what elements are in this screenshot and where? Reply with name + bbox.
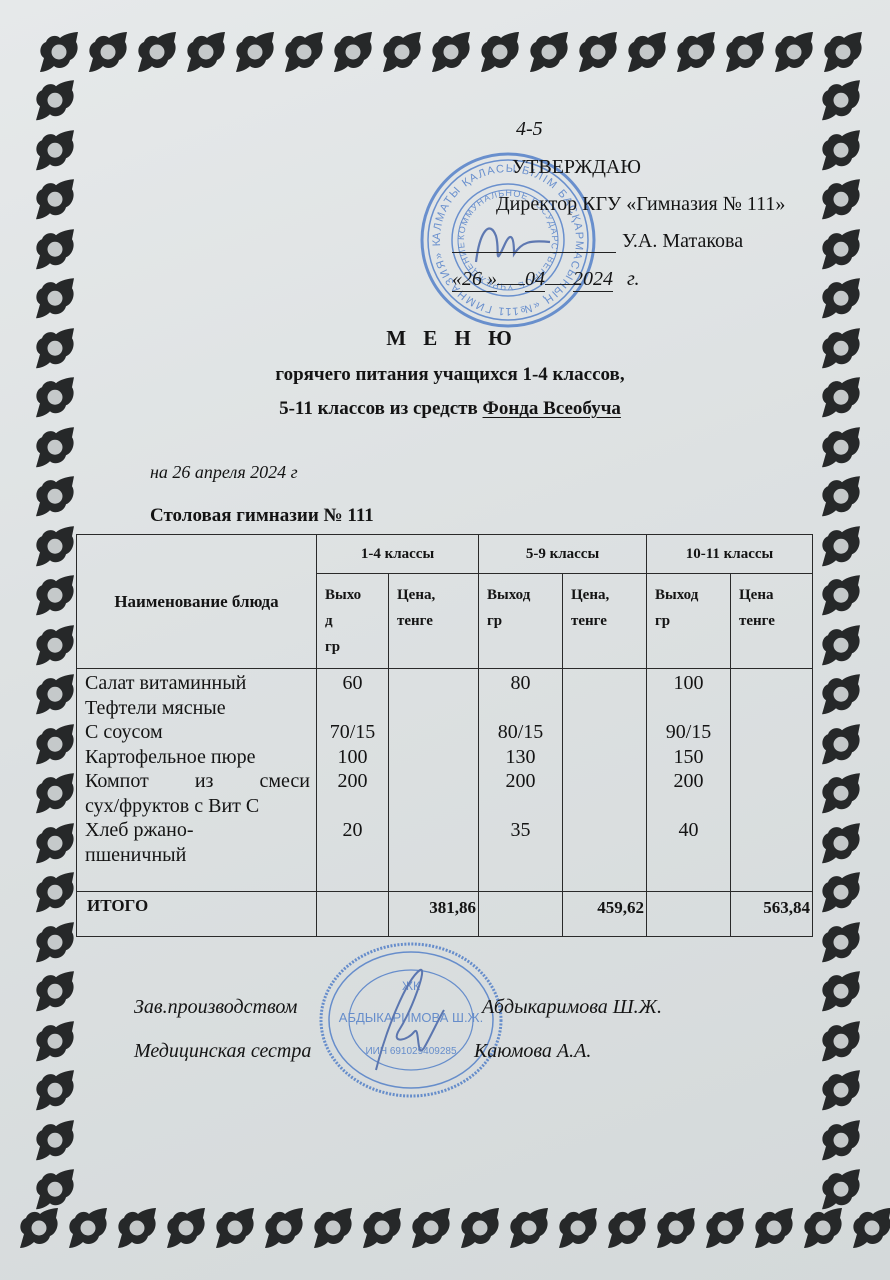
ornament-icon — [816, 967, 864, 1016]
price-cell — [563, 669, 647, 892]
director-name: У.А. Матакова — [622, 230, 743, 253]
ornament-icon — [30, 621, 78, 670]
ornament-icon — [30, 868, 78, 917]
ornament-icon — [816, 522, 864, 571]
ornament-icon — [230, 28, 278, 76]
nurse-name: Каюмова А.А. — [474, 1040, 591, 1063]
ornament-border-right — [816, 76, 864, 1214]
table-row: Салат витаминный Тефтели мясные С соусом… — [77, 669, 813, 892]
ornament-icon — [30, 522, 78, 571]
menu-subtitle-line2: 5-11 классов из средств Фонда Всеобуча — [0, 398, 890, 420]
ornament-icon — [818, 28, 866, 76]
ornament-icon — [30, 76, 78, 125]
fund-name: Фонда Всеобуча — [483, 398, 621, 419]
group-header-1-4: 1-4 классы — [317, 535, 479, 574]
ornament-icon — [816, 621, 864, 670]
yield-value: 100 — [317, 745, 388, 770]
yield-cell: 60 70/15100200 20 — [317, 669, 389, 892]
yield-value — [317, 696, 388, 721]
ornament-icon — [30, 472, 78, 521]
ornament-icon — [602, 1204, 650, 1252]
menu-date: на 26 апреля 2024 г — [150, 462, 298, 483]
ornament-icon — [30, 225, 78, 274]
total-label: ИТОГО — [77, 892, 317, 937]
ornament-icon — [816, 175, 864, 224]
price-cell — [389, 669, 479, 892]
group-header-5-9: 5-9 классы — [479, 535, 647, 574]
ornament-icon — [83, 28, 131, 76]
dish-line: пшеничный — [85, 843, 310, 868]
ornament-icon — [30, 175, 78, 224]
ornament-border-bottom — [14, 1204, 890, 1252]
yield-value: 20 — [317, 818, 388, 843]
yield-header: Выходгр — [479, 574, 563, 669]
ornament-icon — [30, 1066, 78, 1115]
ornament-icon — [377, 28, 425, 76]
page-number: 4-5 — [516, 118, 543, 141]
ornament-icon — [30, 819, 78, 868]
total-1-4: 381,86 — [389, 892, 479, 937]
approve-date-suffix: г. — [627, 268, 640, 291]
approve-date-month: 04 — [525, 268, 545, 292]
dish-line: Хлеб ржано- — [85, 818, 310, 843]
ornament-icon — [816, 670, 864, 719]
ornament-icon — [328, 28, 376, 76]
canteen-name: Столовая гимназии № 111 — [150, 505, 374, 527]
yield-header: Выходгр — [317, 574, 389, 669]
yield-value — [479, 794, 562, 819]
ornament-icon — [816, 769, 864, 818]
yield-value: 90/15 — [647, 720, 730, 745]
yield-value: 40 — [647, 818, 730, 843]
dish-line-justified: Компотизсмеси — [85, 769, 310, 794]
ornament-icon — [161, 1204, 209, 1252]
ornament-icon — [816, 1066, 864, 1115]
svg-text:АБДЫКАРИМОВА Ш.Ж.: АБДЫКАРИМОВА Ш.Ж. — [339, 1010, 483, 1025]
total-empty-cell — [479, 892, 563, 937]
ornament-icon — [816, 1017, 864, 1066]
nurse-role: Медицинская сестра — [134, 1040, 311, 1063]
yield-value: 150 — [647, 745, 730, 770]
dish-list-cell: Салат витаминный Тефтели мясные С соусом… — [77, 669, 317, 892]
yield-value — [479, 696, 562, 721]
ornament-icon — [30, 1165, 78, 1214]
dish-name-header: Наименование блюда — [77, 535, 317, 669]
ornament-icon — [816, 720, 864, 769]
ornament-icon — [769, 28, 817, 76]
ornament-icon — [651, 1204, 699, 1252]
yield-value: 70/15 — [317, 720, 388, 745]
yield-value — [317, 794, 388, 819]
ornament-icon — [475, 28, 523, 76]
ornament-icon — [357, 1204, 405, 1252]
ornament-icon — [259, 1204, 307, 1252]
ornament-icon — [30, 1017, 78, 1066]
dish-line: Картофельное пюре — [85, 745, 310, 770]
ornament-icon — [816, 423, 864, 472]
yield-value — [647, 794, 730, 819]
ornament-icon — [816, 225, 864, 274]
dish-line: сух/фруктов с Вит С — [85, 794, 310, 819]
yield-cell: 100 90/15150200 40 — [647, 669, 731, 892]
ornament-icon — [553, 1204, 601, 1252]
ornament-icon — [279, 28, 327, 76]
approve-date: «26 »042024г. — [452, 268, 640, 292]
ornament-icon — [455, 1204, 503, 1252]
total-10-11: 563,84 — [731, 892, 813, 937]
ornament-icon — [573, 28, 621, 76]
approve-date-day: «26 » — [452, 268, 497, 292]
yield-value: 35 — [479, 818, 562, 843]
ornament-icon — [524, 28, 572, 76]
svg-text:ЖК: ЖК — [402, 979, 420, 993]
ornament-icon — [671, 28, 719, 76]
yield-value: 200 — [647, 769, 730, 794]
ornament-icon — [816, 126, 864, 175]
ornament-icon — [720, 28, 768, 76]
yield-value — [647, 696, 730, 721]
menu-title: М Е Н Ю — [0, 326, 890, 351]
ornament-icon — [30, 967, 78, 1016]
dish-line: Тефтели мясные — [85, 696, 310, 721]
ornament-icon — [622, 28, 670, 76]
ornament-icon — [30, 571, 78, 620]
ornament-icon — [749, 1204, 797, 1252]
price-header: Ценатенге — [731, 574, 813, 669]
yield-value: 80 — [479, 671, 562, 696]
ornament-icon — [816, 76, 864, 125]
ornament-border-top — [34, 28, 866, 76]
director-title: Директор КГУ «Гимназия № 111» — [496, 193, 785, 216]
price-cell — [731, 669, 813, 892]
ornament-icon — [700, 1204, 748, 1252]
ornament-icon — [34, 28, 82, 76]
yield-value: 200 — [317, 769, 388, 794]
signature-line — [452, 252, 616, 253]
ornament-icon — [30, 126, 78, 175]
ornament-icon — [816, 274, 864, 323]
yield-value: 200 — [479, 769, 562, 794]
ornament-icon — [30, 1116, 78, 1165]
total-empty-cell — [647, 892, 731, 937]
yield-value: 130 — [479, 745, 562, 770]
total-empty-cell — [317, 892, 389, 937]
dish-line: Салат витаминный — [85, 671, 310, 696]
ornament-icon — [30, 769, 78, 818]
ornament-icon — [210, 1204, 258, 1252]
approve-label: УТВЕРЖДАЮ — [512, 156, 641, 179]
ornament-icon — [30, 423, 78, 472]
ornament-icon — [30, 274, 78, 323]
yield-value: 100 — [647, 671, 730, 696]
dish-line: С соусом — [85, 720, 310, 745]
ornament-icon — [816, 1165, 864, 1214]
total-row: ИТОГО 381,86 459,62 563,84 — [77, 892, 813, 937]
yield-header: Выходгр — [647, 574, 731, 669]
ornament-icon — [112, 1204, 160, 1252]
ornament-icon — [816, 472, 864, 521]
ornament-icon — [132, 28, 180, 76]
ornament-icon — [504, 1204, 552, 1252]
production-manager-role: Зав.производством — [134, 996, 297, 1019]
ornament-icon — [30, 720, 78, 769]
ornament-icon — [406, 1204, 454, 1252]
ornament-border-left — [30, 76, 78, 1214]
price-header: Цена,тенге — [563, 574, 647, 669]
subtitle-prefix: 5-11 классов из средств — [279, 398, 482, 419]
production-manager-name: Абдыкаримова Ш.Ж. — [482, 996, 662, 1019]
group-header-10-11: 10-11 классы — [647, 535, 813, 574]
cook-stamp-icon: ЖК АБДЫКАРИМОВА Ш.Ж. ИИН 691029409285 — [316, 940, 506, 1100]
approve-date-year: 2024 — [573, 268, 613, 292]
yield-value: 60 — [317, 671, 388, 696]
yield-value: 80/15 — [479, 720, 562, 745]
ornament-icon — [816, 868, 864, 917]
ornament-icon — [181, 28, 229, 76]
total-5-9: 459,62 — [563, 892, 647, 937]
ornament-icon — [308, 1204, 356, 1252]
ornament-icon — [816, 918, 864, 967]
ornament-icon — [816, 819, 864, 868]
ornament-icon — [426, 28, 474, 76]
svg-text:ИИН 691029409285: ИИН 691029409285 — [365, 1046, 457, 1057]
price-header: Цена,тенге — [389, 574, 479, 669]
ornament-icon — [816, 571, 864, 620]
ornament-icon — [816, 1116, 864, 1165]
ornament-icon — [30, 918, 78, 967]
yield-cell: 80 80/15130200 35 — [479, 669, 563, 892]
menu-table: Наименование блюда 1-4 классы 5-9 классы… — [76, 534, 813, 937]
menu-subtitle-line1: горячего питания учащихся 1-4 классов, — [0, 364, 890, 386]
ornament-icon — [30, 670, 78, 719]
